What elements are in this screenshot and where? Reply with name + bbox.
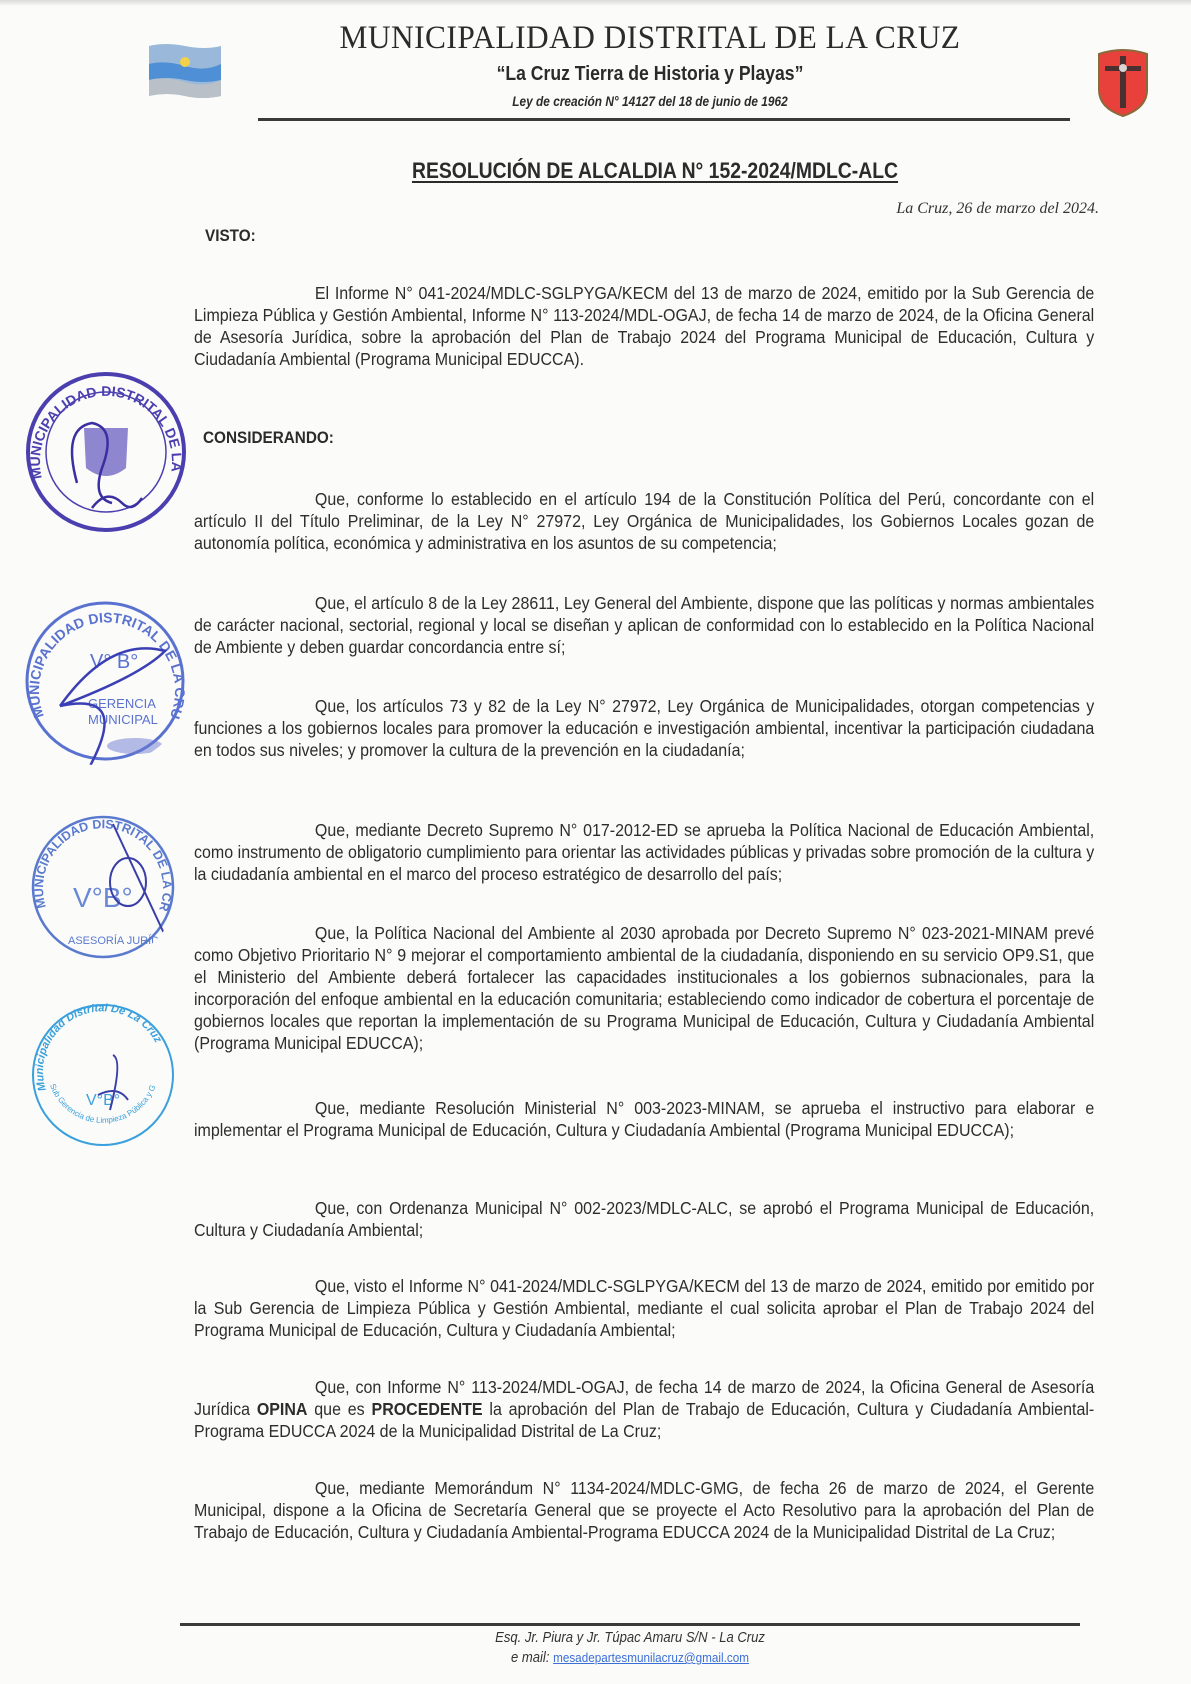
considerando-paragraph: Que, el artículo 8 de la Ley 28611, Ley … <box>194 592 1094 658</box>
considerando-paragraph: Que, mediante Decreto Supremo N° 017-201… <box>194 819 1094 885</box>
motto: “La Cruz Tierra de Historia y Playas” <box>289 63 1011 86</box>
footer-email-line: e mail: mesadepartesmunilacruz@gmail.com <box>225 1650 1035 1666</box>
procedente-bold: PROCEDENTE <box>372 1399 483 1419</box>
visto-heading: VISTO: <box>205 226 256 246</box>
svg-text:Municipalidad Distrital De La: Municipalidad Distrital De La Cruz <box>34 1002 164 1092</box>
resolution-title-text: RESOLUCIÓN DE ALCALDIA N° 152-2024/MDLC-… <box>412 158 898 183</box>
memorandum-text: Que, mediante Memorándum N° 1134-2024/MD… <box>194 1478 1094 1542</box>
footer-address: Esq. Jr. Piura y Jr. Túpac Amaru S/N - L… <box>225 1630 1035 1646</box>
email-label: e mail: <box>511 1650 549 1666</box>
visto-text: El Informe N° 041-2024/MDLC-SGLPYGA/KECM… <box>194 283 1094 369</box>
considerando-paragraph: Que, la Política Nacional del Ambiente a… <box>194 922 1094 1054</box>
memorandum-paragraph: Que, mediante Memorándum N° 1134-2024/MD… <box>194 1477 1094 1543</box>
flag-icon <box>145 40 225 102</box>
scan-edge-shadow <box>0 0 1191 6</box>
considerando-text: Que, conforme lo establecido en el artíc… <box>194 489 1094 553</box>
considerando-text: Que, mediante Resolución Ministerial N° … <box>194 1098 1094 1140</box>
considerando-text: Que, visto el Informe N° 041-2024/MDLC-S… <box>194 1276 1094 1340</box>
considerando-paragraph: Que, con Ordenanza Municipal N° 002-2023… <box>194 1197 1094 1241</box>
considerando-heading: CONSIDERANDO: <box>203 428 334 448</box>
header-rule <box>258 118 1070 121</box>
opina-text-2: que es <box>307 1399 371 1419</box>
considerando-paragraph: Que, visto el Informe N° 041-2024/MDLC-S… <box>194 1275 1094 1341</box>
svg-text:V° B°: V° B° <box>90 651 138 673</box>
email-link[interactable]: mesadepartesmunilacruz@gmail.com <box>553 1650 749 1665</box>
considerando-text: Que, la Política Nacional del Ambiente a… <box>194 923 1094 1053</box>
creation-law: Ley de creación N° 14127 del 18 de junio… <box>289 94 1011 109</box>
svg-text:MUNICIPAL: MUNICIPAL <box>88 712 158 727</box>
svg-text:ASESORÍA JURÍDICA: ASESORÍA JURÍDICA <box>68 934 178 947</box>
considerando-text: Que, mediante Decreto Supremo N° 017-201… <box>194 820 1094 884</box>
considerando-text: Que, con Ordenanza Municipal N° 002-2023… <box>194 1198 1094 1240</box>
gerencia-stamp-icon: MUNICIPALIDAD DISTRITAL DE LA CRUZ V° B°… <box>20 596 190 766</box>
opina-paragraph: Que, con Informe N° 113-2024/MDL-OGAJ, d… <box>194 1376 1094 1442</box>
opina-bold: OPINA <box>257 1399 308 1419</box>
shield-crest-icon <box>1093 46 1153 118</box>
document-date: La Cruz, 26 de marzo del 2024. <box>896 200 1099 218</box>
limpieza-stamp-icon: Municipalidad Distrital De La Cruz Sub G… <box>28 1000 178 1150</box>
org-name: MUNICIPALIDAD DISTRITAL DE LA CRUZ <box>261 20 1040 57</box>
considerando-text: Que, los artículos 73 y 82 de la Ley N° … <box>194 696 1094 760</box>
considerando-paragraph: Que, los artículos 73 y 82 de la Ley N° … <box>194 695 1094 761</box>
visto-paragraph: El Informe N° 041-2024/MDLC-SGLPYGA/KECM… <box>194 282 1094 370</box>
asesoria-stamp-icon: MUNICIPALIDAD DISTRITAL DE LA CRUZ V°B° … <box>28 812 178 962</box>
mayor-stamp-icon: MUNICIPALIDAD DISTRITAL DE LA CRUZ <box>22 368 190 536</box>
considerando-text: Que, el artículo 8 de la Ley 28611, Ley … <box>194 593 1094 657</box>
considerando-paragraph: Que, mediante Resolución Ministerial N° … <box>194 1097 1094 1141</box>
footer-rule <box>180 1623 1080 1626</box>
considerando-paragraph: Que, conforme lo establecido en el artíc… <box>194 488 1094 554</box>
svg-text:V°B°: V°B° <box>73 882 133 913</box>
svg-text:V°B°: V°B° <box>86 1092 120 1109</box>
resolution-title: RESOLUCIÓN DE ALCALDIA N° 152-2024/MDLC-… <box>325 158 985 184</box>
